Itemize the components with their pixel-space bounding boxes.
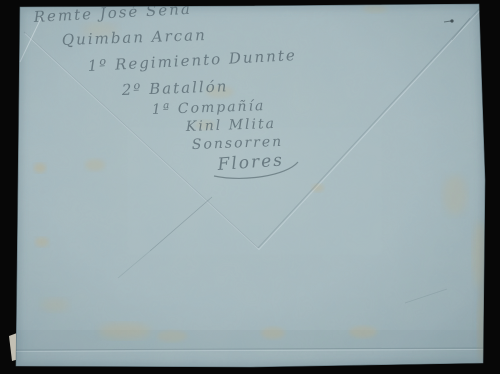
address-line: 2º Batallón	[121, 77, 229, 99]
address-line: Sonsorren	[192, 134, 284, 153]
envelope-photo: Remte José Sena Quimban Arcan 1º Regimie…	[0, 0, 500, 374]
address-line: Kinl Mlita	[185, 116, 277, 135]
envelope: Remte José Sena Quimban Arcan 1º Regimie…	[0, 0, 500, 374]
photo-backdrop: Remte José Sena Quimban Arcan 1º Regimie…	[0, 0, 500, 374]
bottom-fold	[16, 330, 484, 352]
